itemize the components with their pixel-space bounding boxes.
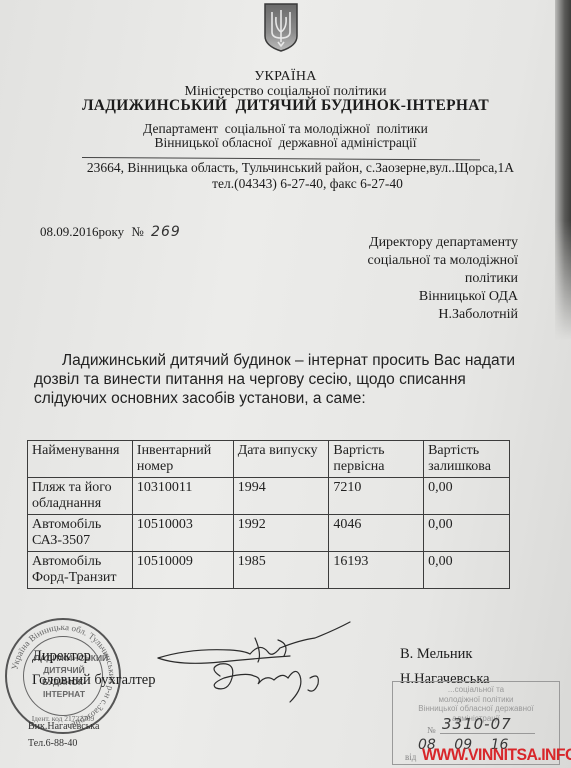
table-row: Автомобіль Форд-Транзит 10510009 1985 16… bbox=[28, 552, 510, 589]
cell-inventory-number: 10510003 bbox=[132, 515, 233, 552]
addressee-line: політики bbox=[367, 270, 518, 288]
table-row: Автомобіль САЗ-3507 10510003 1992 4046 0… bbox=[28, 515, 510, 552]
stamp-line: Вінницької обласної державної bbox=[392, 704, 560, 714]
cell-release-date: 1994 bbox=[233, 478, 329, 515]
letterhead-phone: тел.(04343) 6-27-40, факс 6-27-40 bbox=[0, 176, 571, 192]
handwritten-signatures bbox=[150, 618, 390, 708]
letter-number-label: № bbox=[131, 224, 143, 239]
addressee-block: Директору департаменту соціальної та мол… bbox=[367, 234, 518, 324]
seal-inner-line: ІНТЕРНАТ bbox=[34, 688, 94, 700]
letter-body-text: Ладижинський дитячий будинок – інтернат … bbox=[34, 352, 515, 407]
cell-release-date: 1985 bbox=[233, 552, 329, 589]
executor-name: Вик.Нагачевська bbox=[28, 721, 99, 732]
addressee-line: соціальної та молодіжної bbox=[367, 252, 518, 270]
table-header-row: Найменування Інвентарний номер Дата випу… bbox=[28, 441, 510, 478]
letterhead-address: 23664, Вінницька область, Тульчинський р… bbox=[0, 160, 571, 176]
cell-residual-cost: 0,00 bbox=[424, 478, 510, 515]
stamp-line: ...соціальної та bbox=[392, 685, 560, 695]
assets-table: Найменування Інвентарний номер Дата випу… bbox=[27, 440, 510, 589]
letterhead-country: УКРАЇНА bbox=[0, 69, 571, 85]
letter-date: 08.09.2016року bbox=[40, 224, 124, 239]
table-row: Пляж та його обладнання 10310011 1994 72… bbox=[28, 478, 510, 515]
column-header-release-date: Дата випуску bbox=[233, 441, 329, 478]
column-header-residual-cost: Вартість залишкова bbox=[424, 441, 510, 478]
letterhead-organization: ЛАДИЖИНСЬКИЙ ДИТЯЧИЙ БУДИНОК-ІНТЕРНАТ bbox=[0, 97, 571, 115]
cell-initial-cost: 4046 bbox=[329, 515, 424, 552]
executor-phone: Тел.6-88-40 bbox=[28, 738, 77, 749]
site-watermark: WWW.VINNITSA.INFO bbox=[422, 745, 571, 765]
stamp-date-label: від bbox=[405, 752, 416, 762]
cell-initial-cost: 16193 bbox=[329, 552, 424, 589]
addressee-line: Вінницької ОДА bbox=[367, 288, 518, 306]
cell-name: Автомобіль Форд-Транзит bbox=[28, 552, 133, 589]
cell-residual-cost: 0,00 bbox=[424, 552, 510, 589]
cell-inventory-number: 10310011 bbox=[132, 478, 233, 515]
stamp-line: молодіжної політики bbox=[392, 695, 560, 705]
cell-name: Пляж та його обладнання bbox=[28, 478, 133, 515]
signature-role-chief-accountant: Головний бухгалтер bbox=[32, 672, 156, 689]
cell-initial-cost: 7210 bbox=[329, 478, 424, 515]
signature-name-director: В. Мельник bbox=[400, 646, 472, 663]
column-header-name: Найменування bbox=[28, 441, 133, 478]
cell-residual-cost: 0,00 bbox=[424, 515, 510, 552]
cell-inventory-number: 10510009 bbox=[132, 552, 233, 589]
cell-name: Автомобіль САЗ-3507 bbox=[28, 515, 133, 552]
addressee-line: Н.Заболотній bbox=[367, 306, 518, 324]
stamp-number-underline bbox=[440, 733, 535, 734]
letter-date-number: 08.09.2016року № 269 bbox=[40, 224, 181, 240]
stamp-number-label: № bbox=[427, 725, 436, 735]
column-header-initial-cost: Вартість первісна bbox=[329, 441, 424, 478]
cell-release-date: 1992 bbox=[233, 515, 329, 552]
column-header-inventory-number: Інвентарний номер bbox=[132, 441, 233, 478]
stamp-number: 3310-07 bbox=[442, 715, 512, 733]
addressee-line: Директору департаменту bbox=[367, 234, 518, 252]
letter-number: 269 bbox=[151, 224, 181, 240]
trident-coat-of-arms-icon bbox=[263, 2, 299, 52]
letter-body: Ладижинський дитячий будинок – інтернат … bbox=[34, 351, 529, 408]
letterhead-department-line2: Вінницької обласної державної адміністра… bbox=[0, 135, 571, 151]
signature-role-director: Директор bbox=[32, 648, 91, 665]
